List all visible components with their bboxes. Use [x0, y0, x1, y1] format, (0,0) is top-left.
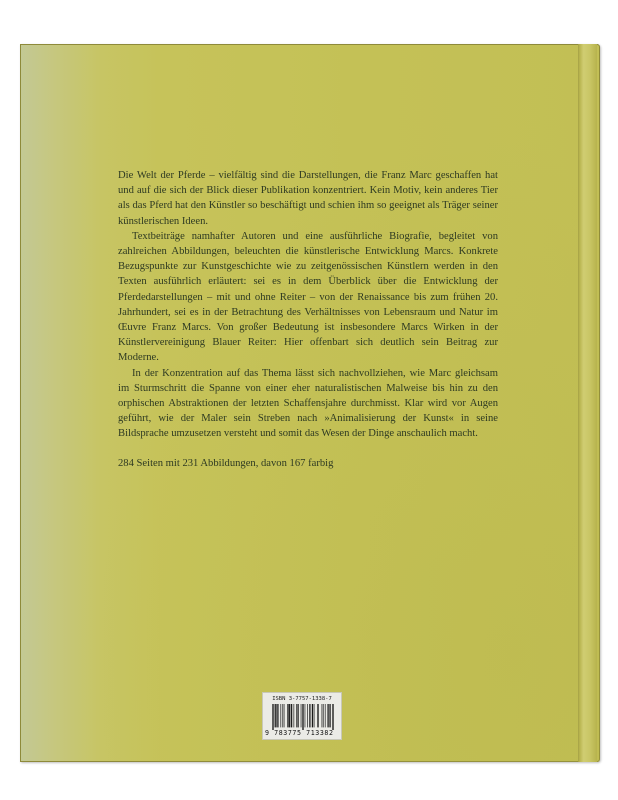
- blurb-paragraph-3: In der Konzentration auf das Thema lässt…: [118, 366, 498, 442]
- blurb-paragraph-2: Textbeiträge namhafter Autoren und eine …: [118, 229, 498, 366]
- blurb-text: Die Welt der Pferde – vielfältig sind di…: [118, 168, 498, 471]
- barcode-bars-icon: [272, 704, 334, 730]
- cover-hinge: [578, 44, 597, 762]
- blurb-paragraph-1: Die Welt der Pferde – vielfältig sind di…: [118, 168, 498, 229]
- isbn-label: ISBN 3-7757-1338-7: [263, 696, 341, 702]
- book-facts: 284 Seiten mit 231 Abbildungen, davon 16…: [118, 456, 498, 471]
- ean-digits: 9 783775 713382: [265, 729, 341, 737]
- book-back-cover: Die Welt der Pferde – vielfältig sind di…: [20, 44, 600, 762]
- isbn-barcode: ISBN 3-7757-1338-7 9 783775 713382: [263, 693, 341, 739]
